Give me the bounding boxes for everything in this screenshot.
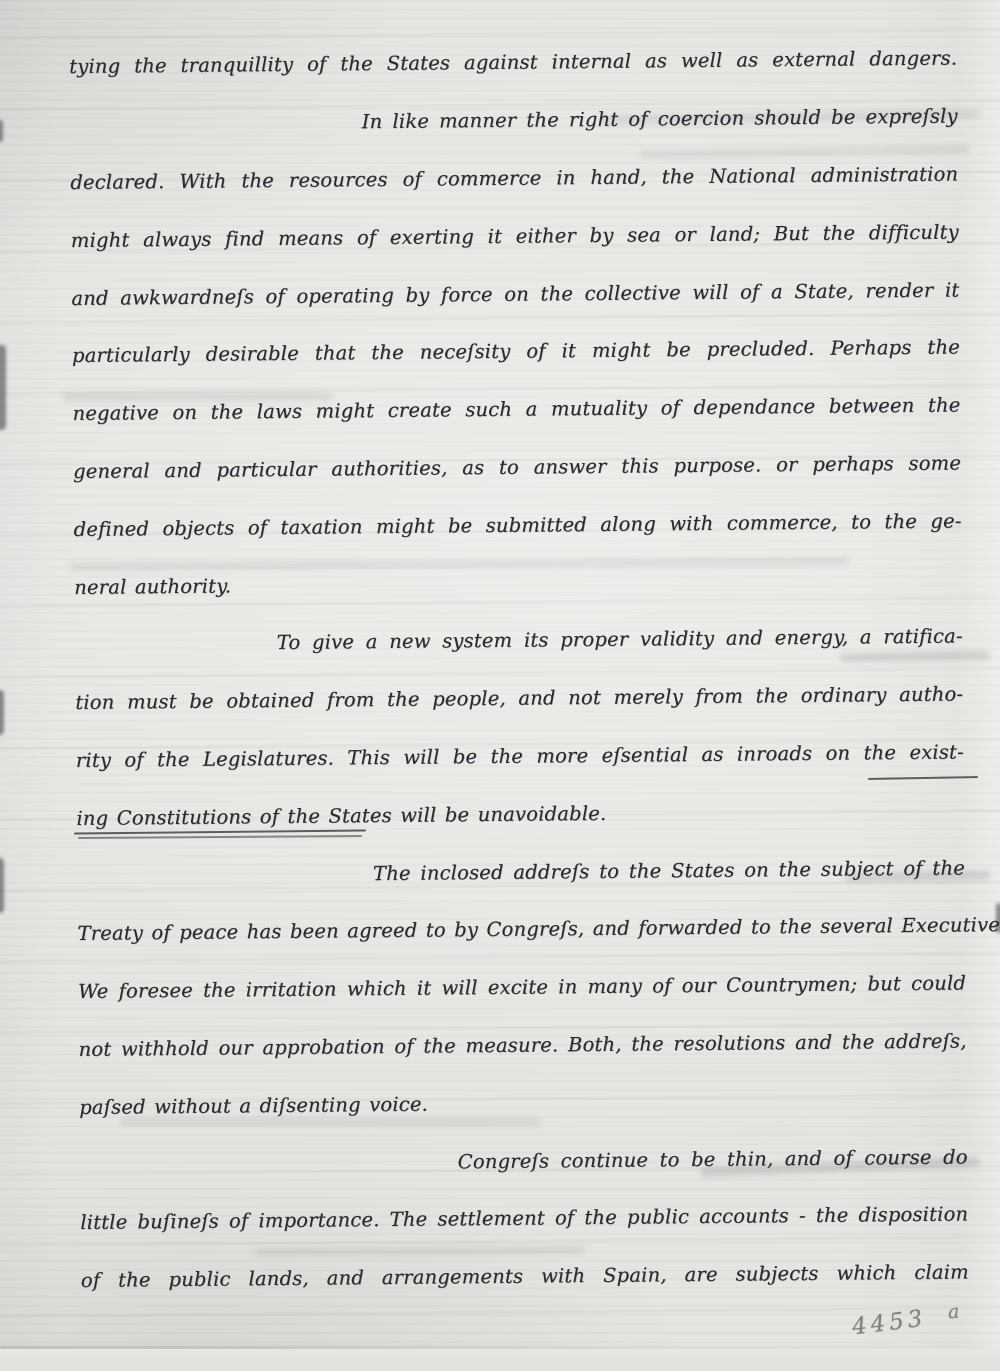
manuscript-line: We foresee the irritation which it will … [78,954,967,1020]
manuscript-line: neral authority. [74,550,963,616]
manuscript-line: Congreſs continue to be thin, and of cou… [79,1128,968,1194]
pencil-corner-letter: a [947,1301,960,1324]
pencil-page-number: 4453 [851,1306,928,1341]
manuscript-line: not withhold our approbation of the meas… [78,1012,967,1078]
manuscript-line: defined objects of taxation might be sub… [73,492,962,558]
edge-mark [0,690,4,735]
manuscript-text: tying the tranquillity of the States aga… [69,30,969,1310]
manuscript-line: The inclosed addreſs to the States on th… [77,839,966,905]
manuscript-line: and awkwardneſs of operating by force on… [71,261,960,327]
manuscript-line: of the public lands, and arrangements wi… [81,1243,970,1309]
manuscript-line: Treaty of peace has been agreed to by Co… [77,896,966,962]
manuscript-line: little buſineſs of importance. The settl… [80,1185,969,1251]
manuscript-line: tying the tranquillity of the States aga… [69,30,958,96]
bottom-edge-strip [0,1349,1000,1371]
edge-mark [0,345,6,430]
manuscript-line: rity of the Legislatures. This will be t… [76,723,965,789]
manuscript-line: negative on the laws might create such a… [72,376,961,442]
manuscript-line: tion must be obtained from the people, a… [75,665,964,731]
manuscript-line: In like manner the right of coercion sho… [69,87,958,153]
manuscript-line: To give a new system its proper validity… [74,607,963,673]
manuscript-line: declared. With the resources of commerce… [70,145,959,211]
manuscript-line: might always find means of exerting it e… [71,203,960,269]
manuscript-line: paſsed without a diſsenting voice. [79,1070,968,1136]
edge-mark [0,858,4,913]
manuscript-line: particularly desirable that the neceſsit… [72,318,961,384]
edge-mark [0,120,3,142]
manuscript-line: general and particular authorities, as t… [73,434,962,500]
manuscript-page: tying the tranquillity of the States aga… [0,0,1000,1371]
